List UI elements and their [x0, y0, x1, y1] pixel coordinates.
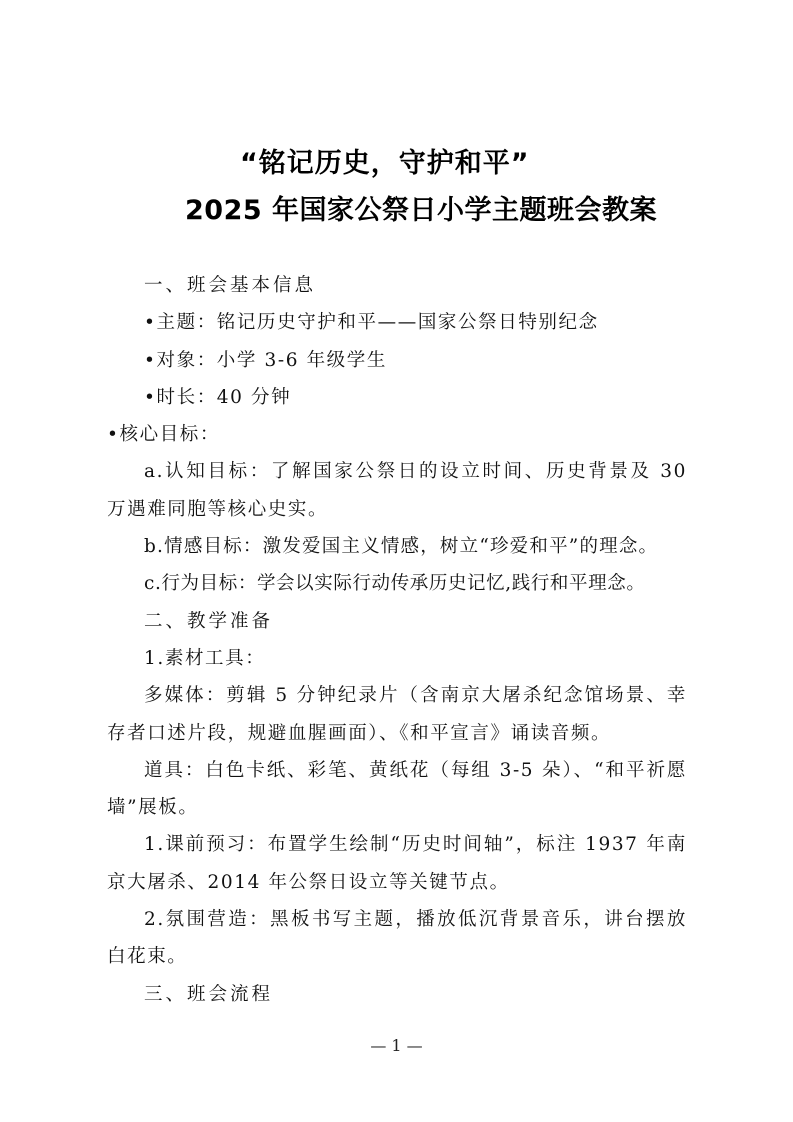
document-page: “铭记历史，守护和平” 2025 年国家公祭日小学主题班会教案 一、班会基本信息… — [0, 0, 793, 1122]
prep-atmosphere: 2.氛围营造：黑板书写主题，播放低沉背景音乐，讲台摆放白花束。 — [107, 901, 687, 976]
document-body: 一、班会基本信息 •主题：铭记历史守护和平——国家公祭日特别纪念 •对象：小学 … — [107, 267, 687, 1013]
prep-multimedia: 多媒体：剪辑 5 分钟纪录片（含南京大屠杀纪念馆场景、幸存者口述片段，规避血腥画… — [107, 677, 687, 752]
prep-props: 道具：白色卡纸、彩笔、黄纸花（每组 3-5 朵）、“和平祈愿墙”展板。 — [107, 752, 687, 827]
info-core-goals: •核心目标： — [107, 416, 687, 453]
info-theme: •主题：铭记历史守护和平——国家公祭日特别纪念 — [107, 304, 687, 341]
document-title-line2: 2025 年国家公祭日小学主题班会教案 — [185, 194, 793, 228]
goal-behavioral: c.行为目标：学会以实际行动传承历史记忆,践行和平理念。 — [107, 565, 687, 602]
goal-emotional: b.情感目标：激发爱国主义情感，树立“珍爱和平”的理念。 — [107, 528, 687, 565]
page-number: — 1 — — [0, 1036, 793, 1055]
section-heading-basic-info: 一、班会基本信息 — [107, 267, 687, 304]
prep-preview: 1.课前预习：布置学生绘制“历史时间轴”，标注 1937 年南京大屠杀、2014… — [107, 826, 687, 901]
document-title-line1: “铭记历史，守护和平” — [240, 147, 793, 181]
section-heading-preparation: 二、教学准备 — [107, 603, 687, 640]
info-audience: •对象：小学 3-6 年级学生 — [107, 342, 687, 379]
info-duration: •时长：40 分钟 — [107, 379, 687, 416]
section-heading-process: 三、班会流程 — [107, 976, 687, 1013]
prep-materials: 1.素材工具： — [107, 640, 687, 677]
goal-cognitive: a.认知目标：了解国家公祭日的设立时间、历史背景及 30 万遇难同胞等核心史实。 — [107, 453, 687, 528]
